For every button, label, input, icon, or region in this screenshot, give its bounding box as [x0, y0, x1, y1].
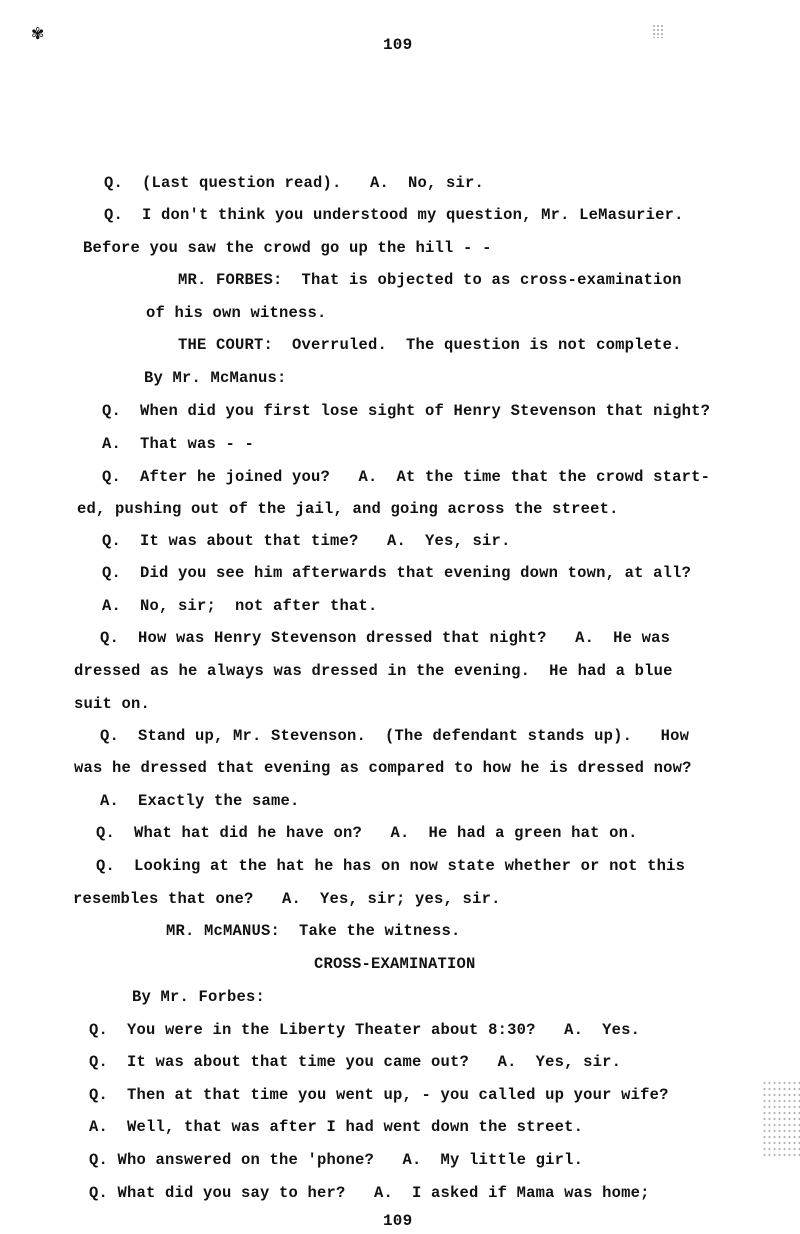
- transcript-line: MR. FORBES: That is objected to as cross…: [178, 271, 682, 289]
- transcript-line: Q. You were in the Liberty Theater about…: [89, 1021, 640, 1039]
- transcript-line: MR. McMANUS: Take the witness.: [166, 922, 461, 940]
- transcript-line: A. No, sir; not after that.: [102, 597, 378, 615]
- transcript-line: A. Well, that was after I had went down …: [89, 1118, 583, 1136]
- transcript-line: Q. (Last question read). A. No, sir.: [104, 174, 484, 192]
- transcript-line: THE COURT: Overruled. The question is no…: [178, 336, 682, 354]
- transcript-line: Q. Did you see him afterwards that eveni…: [102, 564, 691, 582]
- transcript-line: dressed as he always was dressed in the …: [74, 662, 673, 680]
- transcript-line: CROSS-EXAMINATION: [314, 955, 476, 973]
- corner-mark-icon: ✾: [31, 24, 45, 43]
- transcript-line: A. Exactly the same.: [100, 792, 300, 810]
- transcript-line: suit on.: [74, 695, 150, 713]
- transcript-line: Before you saw the crowd go up the hill …: [83, 239, 492, 257]
- page-number-bottom: 109: [383, 1212, 412, 1230]
- transcript-line: A. That was - -: [102, 435, 254, 453]
- transcript-line: Q. I don't think you understood my quest…: [104, 206, 684, 224]
- page-number-top: 109: [383, 36, 412, 54]
- transcript-line: Q. What hat did he have on? A. He had a …: [96, 824, 638, 842]
- transcript-line: Q. Then at that time you went up, - you …: [89, 1086, 669, 1104]
- scan-speckle: [652, 24, 664, 38]
- transcript-line: Q. What did you say to her? A. I asked i…: [89, 1184, 650, 1202]
- transcript-line: Q. Stand up, Mr. Stevenson. (The defenda…: [100, 727, 689, 745]
- transcript-line: Q. It was about that time? A. Yes, sir.: [102, 532, 511, 550]
- transcript-line: of his own witness.: [146, 304, 327, 322]
- transcript-line: Q. It was about that time you came out? …: [89, 1053, 621, 1071]
- transcript-line: Q. When did you first lose sight of Henr…: [102, 402, 710, 420]
- transcript-line: resembles that one? A. Yes, sir; yes, si…: [73, 890, 501, 908]
- transcript-line: Q. After he joined you? A. At the time t…: [102, 468, 710, 486]
- transcript-line: Q. Looking at the hat he has on now stat…: [96, 857, 685, 875]
- transcript-line: By Mr. Forbes:: [132, 988, 265, 1006]
- transcript-line: Q. How was Henry Stevenson dressed that …: [100, 629, 670, 647]
- transcript-line: By Mr. McManus:: [144, 369, 287, 387]
- transcript-line: ed, pushing out of the jail, and going a…: [77, 500, 619, 518]
- transcript-page: ✾ 109 Q. (Last question read). A. No, si…: [0, 0, 800, 1234]
- scan-speckle: [762, 1080, 800, 1160]
- transcript-line: was he dressed that evening as compared …: [74, 759, 692, 777]
- transcript-line: Q. Who answered on the 'phone? A. My lit…: [89, 1151, 583, 1169]
